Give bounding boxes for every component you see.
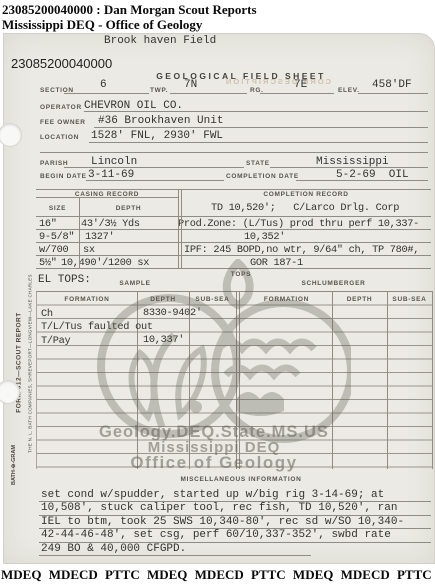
parish-label: PARISH: [40, 160, 68, 167]
operator-label: OPERATOR: [40, 104, 82, 111]
location-value: 1528' FNL, 2930' FWL: [91, 130, 223, 142]
twp-value: 7N: [184, 79, 197, 91]
page-title: 23085200040000 : Dan Morgan Scout Report…: [2, 2, 257, 18]
page-subtitle: Mississippi DEQ - Office of Geology: [2, 17, 202, 33]
rule-line: [40, 152, 428, 153]
casing-depth-header: DEPTH: [79, 205, 178, 212]
rule-line: [86, 180, 224, 181]
casing-size-header: SIZE: [36, 205, 79, 212]
misc-line: IEL to btm, took 25 SWS 10,340-80', rec …: [41, 516, 404, 528]
rule-line: [64, 167, 244, 168]
bleed-through-text: CORE DESCRIPTION: [224, 77, 331, 86]
location-label: LOCATION: [40, 134, 79, 141]
rule-line: [89, 142, 428, 143]
elev-value: 458'DF: [372, 79, 412, 91]
rule-line: [39, 555, 311, 556]
bathgram-stamp: BATH-⊕-GRAM: [11, 435, 17, 495]
rule-line: [36, 216, 431, 217]
watermark-office: Office of Geology: [64, 453, 364, 473]
printer-companies-side-text: THE N. L. BATH COMPANIES, SHREVEPORT—LON…: [28, 224, 33, 504]
rule-line: [36, 229, 431, 230]
divider-line: [387, 292, 388, 469]
rule-line: [36, 197, 178, 198]
misc-line: set cond w/spudder, started up w/big rig…: [41, 489, 384, 501]
rule-line: [358, 93, 428, 94]
rule-line: [36, 242, 431, 243]
state-label: STATE: [246, 160, 270, 167]
rule-line: [270, 167, 428, 168]
twp-label: TWP.: [150, 87, 168, 94]
fee-owner-label: FEE OWNER: [40, 119, 86, 126]
rule-line: [36, 255, 431, 256]
rule-line: [36, 189, 431, 190]
footer-watermark-text: MDEQ MDECD PTTC MDEQ MDECD PTTC MDEQ MDE…: [1, 567, 435, 583]
divider-line: [181, 189, 182, 268]
misc-title: MISCELLANEOUS INFORMATION: [96, 476, 386, 483]
misc-line: 249 BO & 40,000 CFGPD.: [41, 543, 186, 555]
form-number-side-text: FORM 512—SCOUT REPORT: [16, 278, 23, 448]
rule-line: [94, 127, 428, 128]
scout-report-page: 23085200040000 : Dan Morgan Scout Report…: [0, 0, 435, 586]
misc-line: 42-44-46-48', set csg, perf 60/10,337-35…: [41, 529, 391, 541]
completion-record-title: COMPLETION RECORD: [181, 191, 431, 198]
divider-line: [178, 189, 179, 268]
completion-line: TD 10,520'; C/Larco Drlg. Corp: [211, 202, 399, 214]
punch-hole: [0, 123, 22, 147]
tops-row-formation: T/Pay: [41, 335, 70, 347]
rule-line: [260, 93, 334, 94]
misc-line: 10,508', stuck caliper tool, rec fish, T…: [41, 502, 397, 514]
completion-date-label: COMPLETION DATE: [226, 173, 299, 180]
form-paper: Brook haven Field 23085200040000 GEOLOGI…: [3, 33, 435, 564]
rule-line: [84, 111, 428, 112]
elev-label: ELEV.: [338, 87, 360, 94]
field-name: Brook haven Field: [104, 35, 216, 47]
tops-header-subsea: SUB-SEA: [387, 296, 432, 303]
divider-line: [79, 197, 80, 268]
begin-date-label: BEGIN DATE: [40, 173, 87, 180]
tops-row-formation: Ch: [41, 308, 53, 320]
rg-value: 7E: [294, 79, 307, 91]
rule-line: [170, 93, 247, 94]
rule-line: [64, 93, 149, 94]
api-number: 23085200040000: [11, 56, 112, 71]
rule-line: [296, 180, 428, 181]
fee-owner-value: #36 Brookhaven Unit: [98, 115, 223, 127]
section-value: 6: [100, 79, 107, 91]
